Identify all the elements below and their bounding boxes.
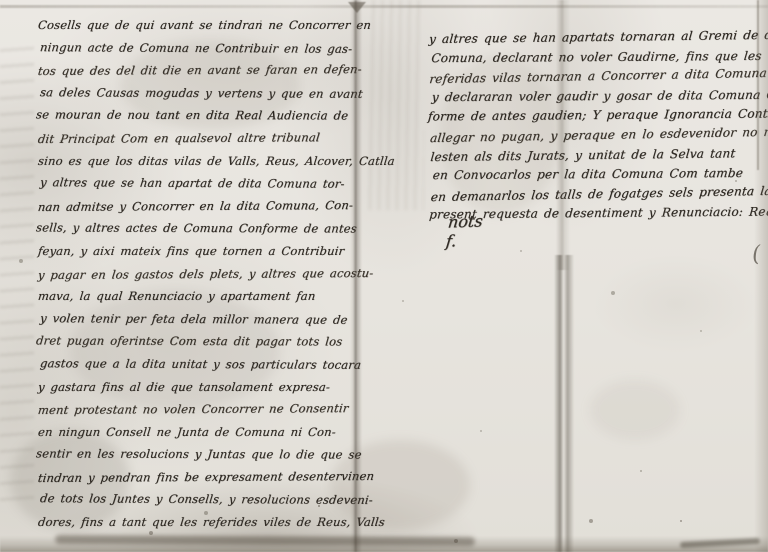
manuscript-line: feyan, y aixi mateix fins que tornen a C… bbox=[37, 240, 361, 263]
manuscript-line: Cosells que de qui avant se tindran ne C… bbox=[37, 14, 361, 37]
manuscript-line: en ningun Consell ne Junta de Comuna ni … bbox=[37, 421, 361, 444]
paper-stain bbox=[590, 380, 680, 440]
manuscript-line: tindran y pendran fins be expresament de… bbox=[37, 465, 362, 490]
right-leaf-crease-lower bbox=[554, 255, 574, 552]
manuscript-line: ment protestant no volen Concorrer ne Co… bbox=[37, 397, 362, 422]
manuscript-line: y gastara fins al die que tansolament ex… bbox=[37, 376, 361, 399]
paper-speckles bbox=[0, 0, 2, 2]
manuscript-line: dores, fins a tant que les referides vil… bbox=[37, 511, 361, 534]
manuscript-line: dret pugan oferintse Com esta dit pagar … bbox=[35, 330, 359, 354]
manuscript-line: y pagar en los gastos dels plets, y altr… bbox=[37, 262, 362, 287]
manuscript-line: nan admitse y Concorrer en la dita Comun… bbox=[37, 194, 362, 219]
manuscript-line: sino es que los ditas vilas de Valls, Re… bbox=[37, 150, 361, 173]
manuscript-line: y altres que se han apartat de dita Comu… bbox=[39, 171, 363, 195]
left-page-text: Cosells que de qui avant se tindran ne C… bbox=[38, 14, 360, 534]
right-edge-crease-line bbox=[757, 0, 759, 170]
show-through-ghost-text bbox=[0, 36, 34, 506]
manuscript-scan: Cosells que de qui avant se tindran ne C… bbox=[0, 0, 768, 552]
right-page-text: y altres que se han apartats tornaran al… bbox=[429, 26, 767, 226]
center-fold-crease bbox=[350, 0, 362, 552]
manuscript-line: y altres que se han apartats tornaran al… bbox=[428, 26, 766, 50]
manuscript-line: y volen tenir per feta dela millor maner… bbox=[39, 307, 363, 331]
manuscript-line: ningun acte de Comuna ne Contribuir en l… bbox=[39, 36, 363, 60]
manuscript-line: mava, la qual Renunciacio y apartament f… bbox=[37, 285, 361, 308]
manuscript-line: sentir en les resolucions y Juntas que l… bbox=[35, 443, 359, 467]
right-leaf-crease-upper bbox=[556, 0, 570, 270]
manuscript-line: se mouran de nou tant en dita Real Audie… bbox=[35, 104, 359, 128]
manuscript-line: sells, y altres actes de Comuna Conforme… bbox=[35, 217, 359, 241]
notary-signature: nots f. bbox=[445, 211, 484, 250]
gutter-streaks bbox=[366, 0, 424, 210]
manuscript-line: dit Principat Com en qualsevol altre tri… bbox=[37, 126, 362, 151]
manuscript-line: gastos que a la dita unitat y sos partic… bbox=[39, 352, 363, 376]
manuscript-line: sa deles Causas mogudas y vertens y que … bbox=[39, 81, 363, 105]
page-top-edge bbox=[0, 5, 768, 8]
manuscript-line: de tots los Juntes y Consells, y resoluc… bbox=[39, 488, 363, 512]
manuscript-line: tos que des del dit die en avant se fara… bbox=[37, 58, 362, 83]
